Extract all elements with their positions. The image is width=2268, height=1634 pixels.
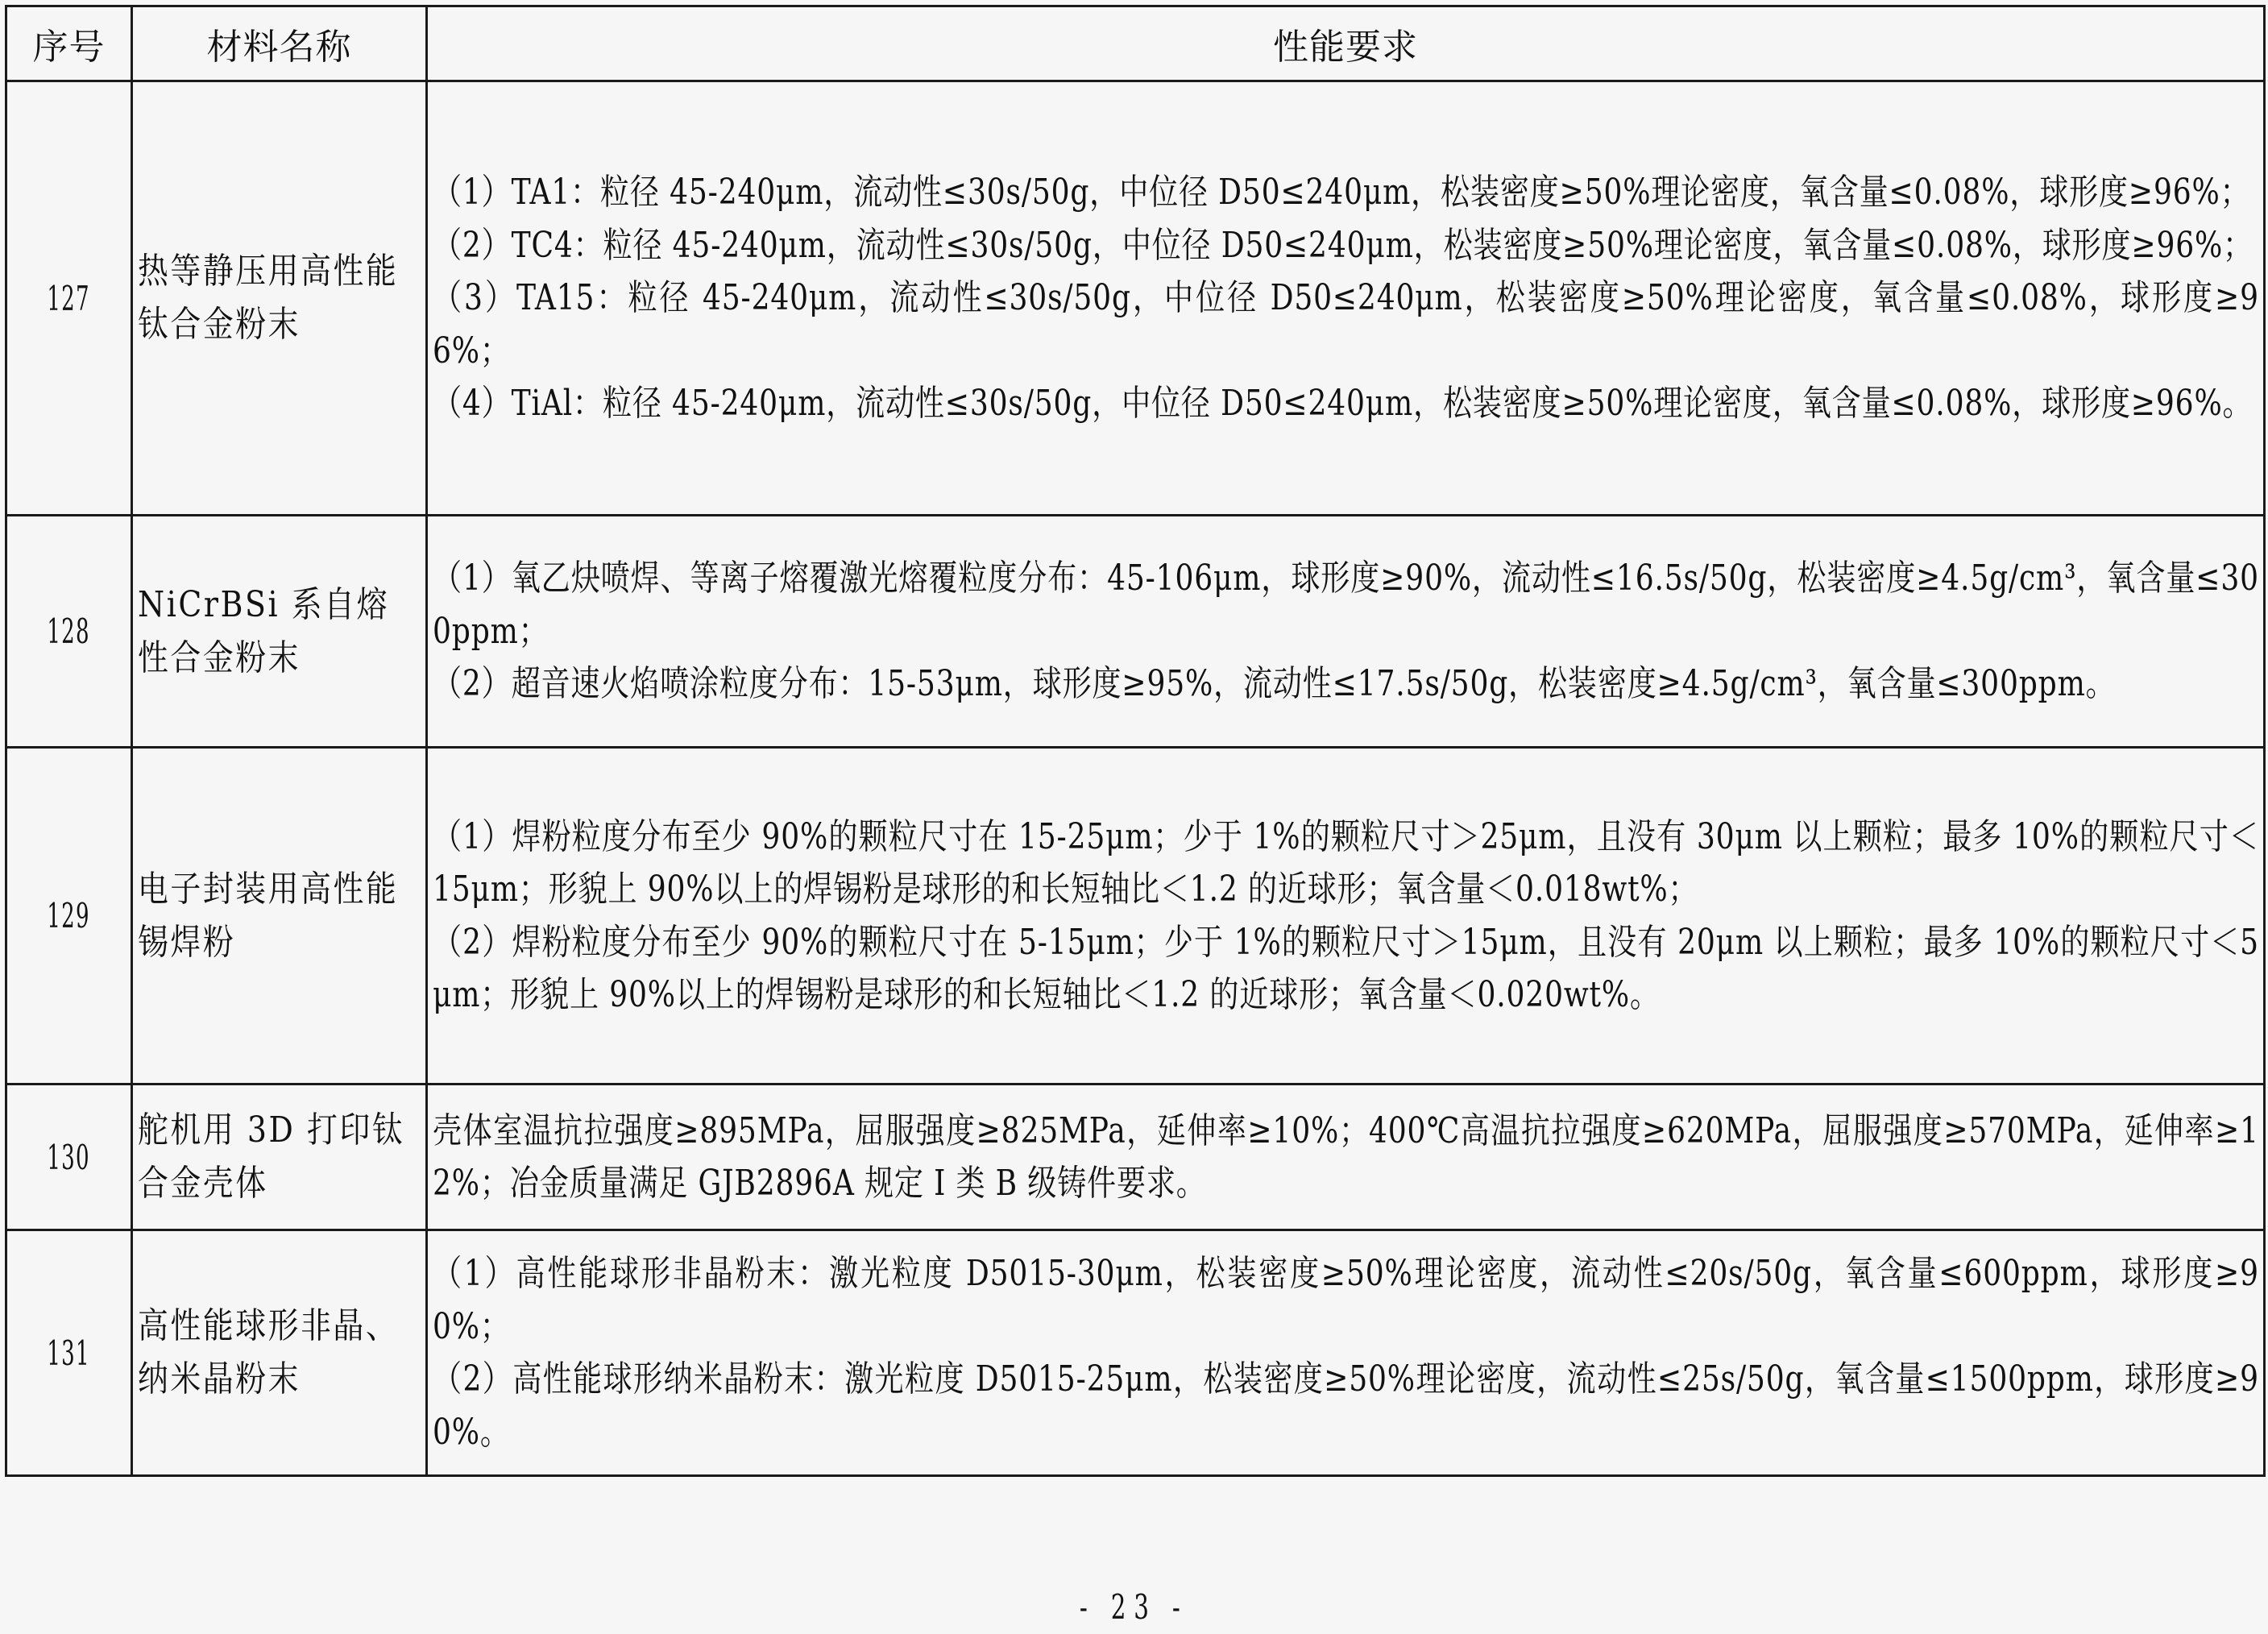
row-material-name: 高性能球形非晶、纳米晶粉末 bbox=[132, 1230, 427, 1476]
row-material-name: 舵机用 3D 打印钛合金壳体 bbox=[132, 1084, 427, 1230]
requirement-item: （1）焊粉粒度分布至少 90%的颗粒尺寸在 15-25μm；少于 1%的颗粒尺寸… bbox=[433, 811, 2259, 916]
row-index: 128 bbox=[6, 516, 132, 748]
row-index: 129 bbox=[6, 748, 132, 1084]
requirement-item: （2）焊粉粒度分布至少 90%的颗粒尺寸在 5-15μm；少于 1%的颗粒尺寸＞… bbox=[433, 916, 2259, 1022]
row-material-name: NiCrBSi 系自熔性合金粉末 bbox=[132, 516, 427, 748]
table-row: 129 电子封装用高性能锡焊粉 （1）焊粉粒度分布至少 90%的颗粒尺寸在 15… bbox=[6, 748, 2265, 1084]
row-material-name: 热等静压用高性能钛合金粉末 bbox=[132, 81, 427, 516]
requirement-item: （1）TA1：粒径 45-240μm，流动性≤30s/50g，中位径 D50≤2… bbox=[433, 166, 2259, 219]
document-page: 序号 材料名称 性能要求 127 热等静压用高性能钛合金粉末 （1）TA1：粒径… bbox=[0, 0, 2268, 1634]
requirement-item: （2）TC4：粒径 45-240μm，流动性≤30s/50g，中位径 D50≤2… bbox=[433, 219, 2259, 272]
row-requirements: （1）TA1：粒径 45-240μm，流动性≤30s/50g，中位径 D50≤2… bbox=[427, 81, 2265, 516]
row-index: 127 bbox=[6, 81, 132, 516]
table-header-row: 序号 材料名称 性能要求 bbox=[6, 6, 2265, 81]
header-material-name: 材料名称 bbox=[132, 6, 427, 81]
page-number: - 23 - bbox=[0, 1587, 2268, 1627]
row-requirements: （1）氧乙炔喷焊、等离子熔覆激光熔覆粒度分布：45-106μm，球形度≥90%，… bbox=[427, 516, 2265, 748]
requirement-item: （4）TiAl：粒径 45-240μm，流动性≤30s/50g，中位径 D50≤… bbox=[433, 377, 2259, 430]
materials-spec-table: 序号 材料名称 性能要求 127 热等静压用高性能钛合金粉末 （1）TA1：粒径… bbox=[5, 5, 2266, 1477]
table-row: 128 NiCrBSi 系自熔性合金粉末 （1）氧乙炔喷焊、等离子熔覆激光熔覆粒… bbox=[6, 516, 2265, 748]
row-index: 131 bbox=[6, 1230, 132, 1476]
row-requirements: 壳体室温抗拉强度≥895MPa，屈服强度≥825MPa，延伸率≥10%；400℃… bbox=[427, 1084, 2265, 1230]
table-row: 127 热等静压用高性能钛合金粉末 （1）TA1：粒径 45-240μm，流动性… bbox=[6, 81, 2265, 516]
row-requirements: （1）高性能球形非晶粉末：激光粒度 D5015-30μm，松装密度≥50%理论密… bbox=[427, 1230, 2265, 1476]
row-index: 130 bbox=[6, 1084, 132, 1230]
requirement-item: （2）超音速火焰喷涂粒度分布：15-53μm，球形度≥95%，流动性≤17.5s… bbox=[433, 657, 2259, 711]
requirement-item: （2）高性能球形纳米晶粉末：激光粒度 D5015-25μm，松装密度≥50%理论… bbox=[433, 1353, 2259, 1458]
header-index: 序号 bbox=[6, 6, 132, 81]
requirement-item: （3）TA15：粒径 45-240μm，流动性≤30s/50g，中位径 D50≤… bbox=[433, 272, 2259, 377]
row-material-name: 电子封装用高性能锡焊粉 bbox=[132, 748, 427, 1084]
requirement-item: （1）高性能球形非晶粉末：激光粒度 D5015-30μm，松装密度≥50%理论密… bbox=[433, 1247, 2259, 1353]
requirement-item: 壳体室温抗拉强度≥895MPa，屈服强度≥825MPa，延伸率≥10%；400℃… bbox=[433, 1105, 2259, 1210]
header-requirements: 性能要求 bbox=[427, 6, 2265, 81]
table-row: 130 舵机用 3D 打印钛合金壳体 壳体室温抗拉强度≥895MPa，屈服强度≥… bbox=[6, 1084, 2265, 1230]
requirement-item: （1）氧乙炔喷焊、等离子熔覆激光熔覆粒度分布：45-106μm，球形度≥90%，… bbox=[433, 552, 2259, 657]
table-row: 131 高性能球形非晶、纳米晶粉末 （1）高性能球形非晶粉末：激光粒度 D501… bbox=[6, 1230, 2265, 1476]
row-requirements: （1）焊粉粒度分布至少 90%的颗粒尺寸在 15-25μm；少于 1%的颗粒尺寸… bbox=[427, 748, 2265, 1084]
